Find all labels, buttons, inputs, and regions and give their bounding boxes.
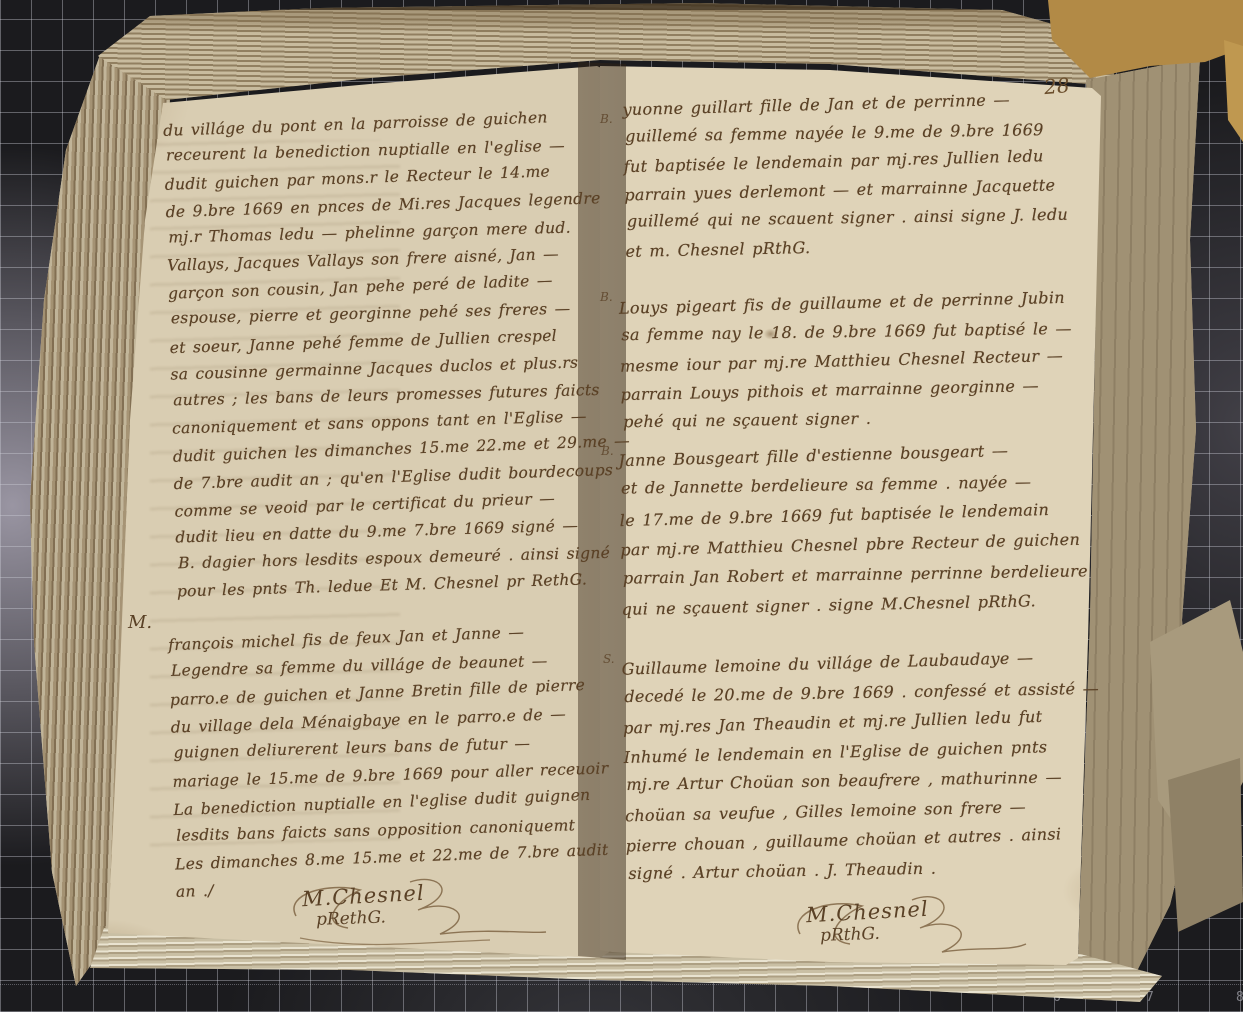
right-signature: M.Chesnel pRthG.: [806, 900, 929, 944]
right-entry-baptism-guillart: yuonne guillart fille de Jan et de perri…: [622, 85, 1095, 266]
manuscript-photo: 6 7 8 du villáge du pont en la parroisse…: [0, 0, 1243, 1012]
left-signature: M.Chesnel pRethG.: [302, 884, 425, 928]
signature-title: pRthG.: [820, 922, 929, 946]
margin-mark-baptism: B.: [600, 112, 613, 126]
left-entry-banns-record: françois michel fis de feux Jan et Janne…: [168, 617, 621, 906]
margin-mark-burial: S.: [603, 652, 615, 666]
margin-mark-baptism: B.: [601, 444, 614, 458]
ruler-number: 8: [1236, 990, 1243, 1005]
right-entry-burial-lemoine: Guillaume lemoine du villáge de Laubauda…: [621, 643, 1096, 890]
signature-title: pRethG.: [316, 906, 425, 930]
margin-mark-marriage: M.: [128, 612, 152, 633]
right-entry-baptism-bousgeart: Janne Bousgeart fille d'estienne bousgea…: [618, 435, 1092, 625]
right-entry-baptism-pigeart: Louys pigeart fis de guillaume et de per…: [619, 284, 1092, 438]
left-entry-marriage-record: du villáge du pont en la parroisse de gu…: [163, 104, 622, 607]
margin-mark-baptism: B.: [600, 290, 613, 304]
